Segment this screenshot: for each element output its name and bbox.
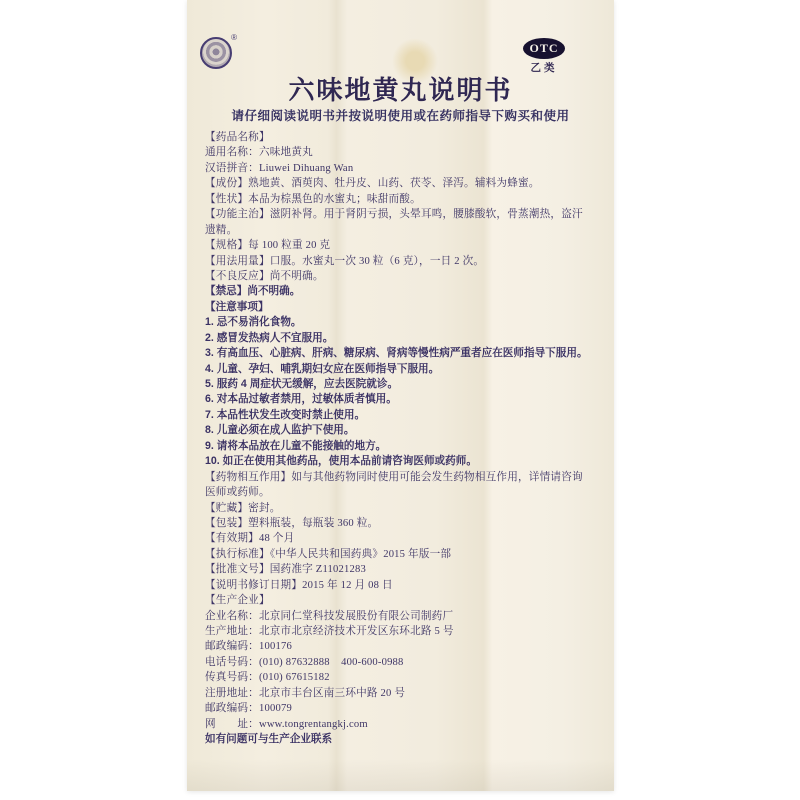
leaflet-line: 电话号码：(010) 87632888 400-600-0988 bbox=[205, 655, 594, 670]
leaflet-line: 4. 儿童、孕妇、哺乳期妇女应在医师指导下服用。 bbox=[205, 362, 594, 377]
tongrentang-seal-icon: ® bbox=[200, 37, 232, 69]
leaflet-line: 注册地址：北京市丰台区南三环中路 20 号 bbox=[205, 686, 594, 701]
leaflet-line: 通用名称：六味地黄丸 bbox=[205, 145, 594, 160]
leaflet-line: 7. 本品性状发生改变时禁止使用。 bbox=[205, 408, 594, 423]
leaflet-line: 汉语拼音：Liuwei Dihuang Wan bbox=[205, 161, 594, 176]
leaflet-body: 【药品名称】通用名称：六味地黄丸汉语拼音：Liuwei Dihuang Wan【… bbox=[205, 130, 594, 748]
leaflet-line: 【生产企业】 bbox=[205, 593, 594, 608]
leaflet-line: 9. 请将本品放在儿童不能接触的地方。 bbox=[205, 439, 594, 454]
leaflet-line: 【不良反应】尚不明确。 bbox=[205, 269, 594, 284]
leaflet-line: 【有效期】48 个月 bbox=[205, 531, 594, 546]
leaflet-line: 10. 如正在使用其他药品，使用本品前请咨询医师或药师。 bbox=[205, 454, 594, 469]
leaflet-line: 【贮藏】密封。 bbox=[205, 501, 594, 516]
otc-label: OTC bbox=[523, 38, 565, 59]
leaflet-line: 【禁忌】尚不明确。 bbox=[205, 284, 594, 299]
leaflet-line: 【药品名称】 bbox=[205, 130, 594, 145]
leaflet-line: 【药物相互作用】如与其他药物同时使用可能会发生药物相互作用，详情请咨询 bbox=[205, 470, 594, 485]
leaflet-line: 邮政编码：100079 bbox=[205, 701, 594, 716]
leaflet-line: 2. 感冒发热病人不宜服用。 bbox=[205, 331, 594, 346]
leaflet-line: 【成份】熟地黄、酒萸肉、牡丹皮、山药、茯苓、泽泻。辅料为蜂蜜。 bbox=[205, 176, 594, 191]
leaflet-line: 【规格】每 100 粒重 20 克 bbox=[205, 238, 594, 253]
leaflet-line: 如有问题可与生产企业联系 bbox=[205, 732, 594, 747]
leaflet-line: 8. 儿童必须在成人监护下使用。 bbox=[205, 423, 594, 438]
page-subtitle: 请仔细阅读说明书并按说明使用或在药师指导下购买和使用 bbox=[187, 106, 614, 124]
leaflet-line: 【用法用量】口服。水蜜丸一次 30 粒（6 克），一日 2 次。 bbox=[205, 254, 594, 269]
seal-emblem bbox=[200, 37, 232, 69]
screenshot-root: { "header": { "logo_icon": "tongrentang-… bbox=[0, 0, 800, 800]
leaflet-line: 1. 忌不易消化食物。 bbox=[205, 315, 594, 330]
leaflet-line: 遗精。 bbox=[205, 223, 594, 238]
leaflet-line: 网 址：www.tongrentangkj.com bbox=[205, 717, 594, 732]
leaflet-line: 【注意事项】 bbox=[205, 300, 594, 315]
leaflet-line: 6. 对本品过敏者禁用，过敏体质者慎用。 bbox=[205, 392, 594, 407]
leaflet-line: 【说明书修订日期】2015 年 12 月 08 日 bbox=[205, 578, 594, 593]
leaflet-line: 【功能主治】滋阴补肾。用于肾阴亏损，头晕耳鸣，腰膝酸软，骨蒸潮热，盗汗 bbox=[205, 207, 594, 222]
registered-trademark-mark: ® bbox=[231, 33, 237, 42]
leaflet-line: 【包装】塑料瓶装，每瓶装 360 粒。 bbox=[205, 516, 594, 531]
leaflet-line: 5. 服药 4 周症状无缓解，应去医院就诊。 bbox=[205, 377, 594, 392]
leaflet-paper: ® OTC 乙类 六味地黄丸说明书 请仔细阅读说明书并按说明使用或在药师指导下购… bbox=[187, 0, 614, 791]
leaflet-line: 3. 有高血压、心脏病、肝病、糖尿病、肾病等慢性病严重者应在医师指导下服用。 bbox=[205, 346, 594, 361]
page-title: 六味地黄丸说明书 bbox=[187, 70, 614, 107]
leaflet-line: 邮政编码：100176 bbox=[205, 639, 594, 654]
leaflet-line: 医师或药师。 bbox=[205, 485, 594, 500]
leaflet-line: 企业名称：北京同仁堂科技发展股份有限公司制药厂 bbox=[205, 609, 594, 624]
leaflet-line: 传真号码：(010) 67615182 bbox=[205, 670, 594, 685]
leaflet-line: 【执行标准】《中华人民共和国药典》2015 年版一部 bbox=[205, 547, 594, 562]
leaflet-line: 【批准文号】国药准字 Z11021283 bbox=[205, 562, 594, 577]
leaflet-line: 【性状】本品为棕黑色的水蜜丸；味甜而酸。 bbox=[205, 192, 594, 207]
leaflet-line: 生产地址：北京市北京经济技术开发区东环北路 5 号 bbox=[205, 624, 594, 639]
